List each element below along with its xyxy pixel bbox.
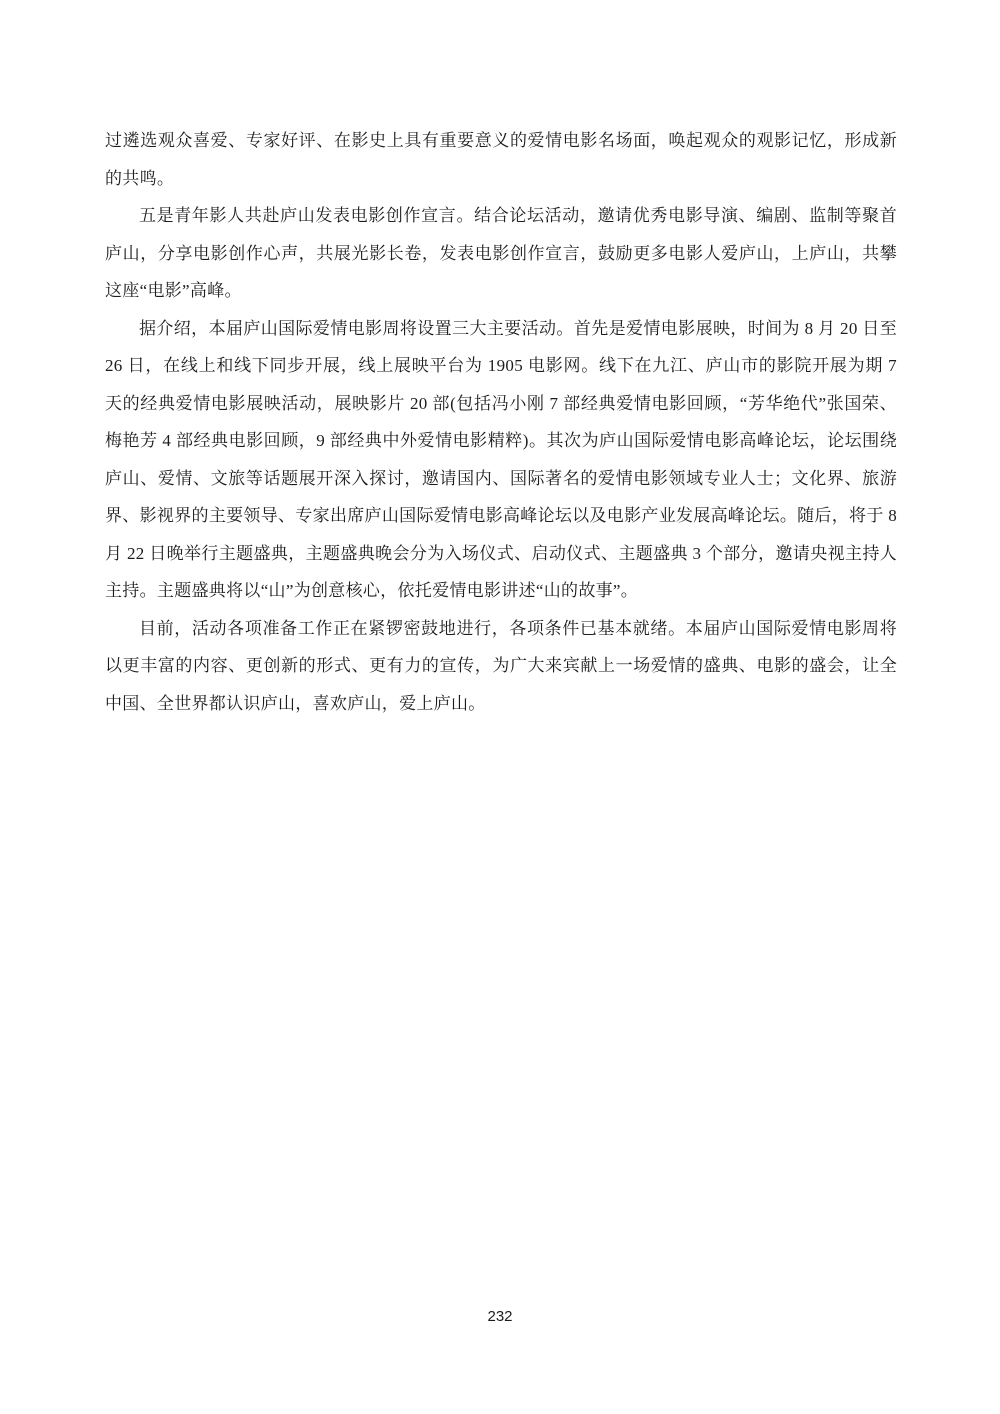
document-body: 过遴选观众喜爱、专家好评、在影史上具有重要意义的爱情电影名场面，唤起观众的观影记… <box>105 122 897 722</box>
paragraph-three-main-activities: 据介绍，本届庐山国际爱情电影周将设置三大主要活动。首先是爱情电影展映，时间为 8… <box>105 310 897 610</box>
page-number: 232 <box>0 1308 1000 1325</box>
paragraph-film-declaration: 五是青年影人共赴庐山发表电影创作宣言。结合论坛活动，邀请优秀电影导演、编剧、监制… <box>105 197 897 310</box>
paragraph-continuation: 过遴选观众喜爱、专家好评、在影史上具有重要意义的爱情电影名场面，唤起观众的观影记… <box>105 122 897 197</box>
paragraph-preparation-status: 目前，活动各项准备工作正在紧锣密鼓地进行，各项条件已基本就绪。本届庐山国际爱情电… <box>105 610 897 723</box>
document-page: 过遴选观众喜爱、专家好评、在影史上具有重要意义的爱情电影名场面，唤起观众的观影记… <box>0 0 1000 1414</box>
